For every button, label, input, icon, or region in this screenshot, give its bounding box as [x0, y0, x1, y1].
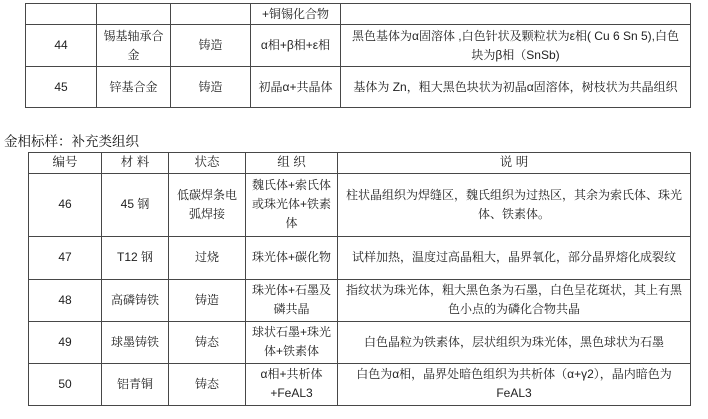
table-row: 49 球墨铸铁 铸态 球状石墨+珠光体+铁素体 白色晶粒为铁素体，层状组织为珠光…: [29, 321, 691, 363]
cell-id: 49: [29, 321, 102, 363]
table-row: 50 铝青铜 铸态 α相+共析体+FeAL3 白色为α相，晶界处暗色组织为共析体…: [29, 363, 691, 405]
table-row: 44 锡基轴承合金 铸造 α相+β相+ε相 黑色基体为α固溶体 ,白色针状及颗粒…: [26, 25, 691, 67]
header-structure: 组 织: [246, 153, 338, 174]
cell-description: 白色晶粒为铁素体，层状组织为珠光体，黑色球状为石墨: [338, 321, 691, 363]
supplementary-structures-table: 编号 材 料 状态 组 织 说 明 46 45 钢 低碳焊条电弧焊接 魏氏体+索…: [28, 152, 691, 406]
cell-structure: 球状石墨+珠光体+铁素体: [246, 321, 338, 363]
cell-description: 白色为α相，晶界处暗色组织为共析体（α+γ2），晶内暗色为 FeAL3: [338, 363, 691, 405]
cell-description: 试样加热，温度过高晶粗大，晶界氧化，部分晶界熔化成裂纹: [338, 236, 691, 279]
cell-material: T12 钢: [102, 236, 169, 279]
cell-structure: 珠光体+碳化物: [246, 236, 338, 279]
cell-material: 45 钢: [102, 173, 169, 236]
cell-description: 指纹状为珠光体，粗大黑色条为石墨，白色呈花斑状，其上有黑色小点的为磷化合物共晶: [338, 279, 691, 321]
cell-structure: 珠光体+石墨及磷共晶: [246, 279, 338, 321]
cell-structure: 初晶α+共晶体: [251, 67, 341, 108]
section-title: 金相标样：补充类组织: [4, 130, 139, 150]
table-header-row: 编号 材 料 状态 组 织 说 明: [29, 153, 691, 174]
cell-id: 48: [29, 279, 102, 321]
table-row: 47 T12 钢 过烧 珠光体+碳化物 试样加热，温度过高晶粗大，晶界氧化，部分…: [29, 236, 691, 279]
cell-description: 柱状晶组织为焊缝区，魏氏组织为过热区，其余为索氏体、珠光体、铁素体。: [338, 173, 691, 236]
header-description: 说 明: [338, 153, 691, 174]
header-state: 状态: [169, 153, 246, 174]
header-material: 材 料: [102, 153, 169, 174]
cell-state: 铸造: [169, 279, 246, 321]
table-row: 46 45 钢 低碳焊条电弧焊接 魏氏体+索氏体或珠光体+铁素体 柱状晶组织为焊…: [29, 173, 691, 236]
cell-material: 高磷铸铁: [102, 279, 169, 321]
cell-state: 低碳焊条电弧焊接: [169, 173, 246, 236]
cell-description: 黑色基体为α固溶体 ,白色针状及颗粒状为ε相( Cu 6 Sn 5),白色块为β…: [341, 25, 691, 67]
cell-description: 基体为 Zn，粗大黑色块状为初晶α固溶体，树枝状为共晶组织: [341, 67, 691, 108]
cell-material: 球墨铸铁: [102, 321, 169, 363]
cell-structure: +铜锡化合物: [251, 4, 341, 25]
header-id: 编号: [29, 153, 102, 174]
cell-description: [341, 4, 691, 25]
cell-state: 铸造: [171, 25, 251, 67]
alloy-table-continued: +铜锡化合物 44 锡基轴承合金 铸造 α相+β相+ε相 黑色基体为α固溶体 ,…: [25, 3, 691, 108]
cell-state: [171, 4, 251, 25]
cell-structure: α相+共析体+FeAL3: [246, 363, 338, 405]
cell-state: 铸态: [169, 321, 246, 363]
cell-state: 铸造: [171, 67, 251, 108]
cell-id: 44: [26, 25, 97, 67]
table-row: 48 高磷铸铁 铸造 珠光体+石墨及磷共晶 指纹状为珠光体，粗大黑色条为石墨，白…: [29, 279, 691, 321]
cell-state: 铸态: [169, 363, 246, 405]
cell-id: [26, 4, 97, 25]
cell-structure: 魏氏体+索氏体或珠光体+铁素体: [246, 173, 338, 236]
table-row: +铜锡化合物: [26, 4, 691, 25]
table-row: 45 锌基合金 铸造 初晶α+共晶体 基体为 Zn，粗大黑色块状为初晶α固溶体，…: [26, 67, 691, 108]
cell-material: [97, 4, 171, 25]
cell-id: 47: [29, 236, 102, 279]
cell-id: 46: [29, 173, 102, 236]
cell-material: 锌基合金: [97, 67, 171, 108]
cell-material: 铝青铜: [102, 363, 169, 405]
cell-id: 45: [26, 67, 97, 108]
cell-state: 过烧: [169, 236, 246, 279]
cell-structure: α相+β相+ε相: [251, 25, 341, 67]
document-page: +铜锡化合物 44 锡基轴承合金 铸造 α相+β相+ε相 黑色基体为α固溶体 ,…: [0, 0, 708, 419]
cell-id: 50: [29, 363, 102, 405]
cell-material: 锡基轴承合金: [97, 25, 171, 67]
